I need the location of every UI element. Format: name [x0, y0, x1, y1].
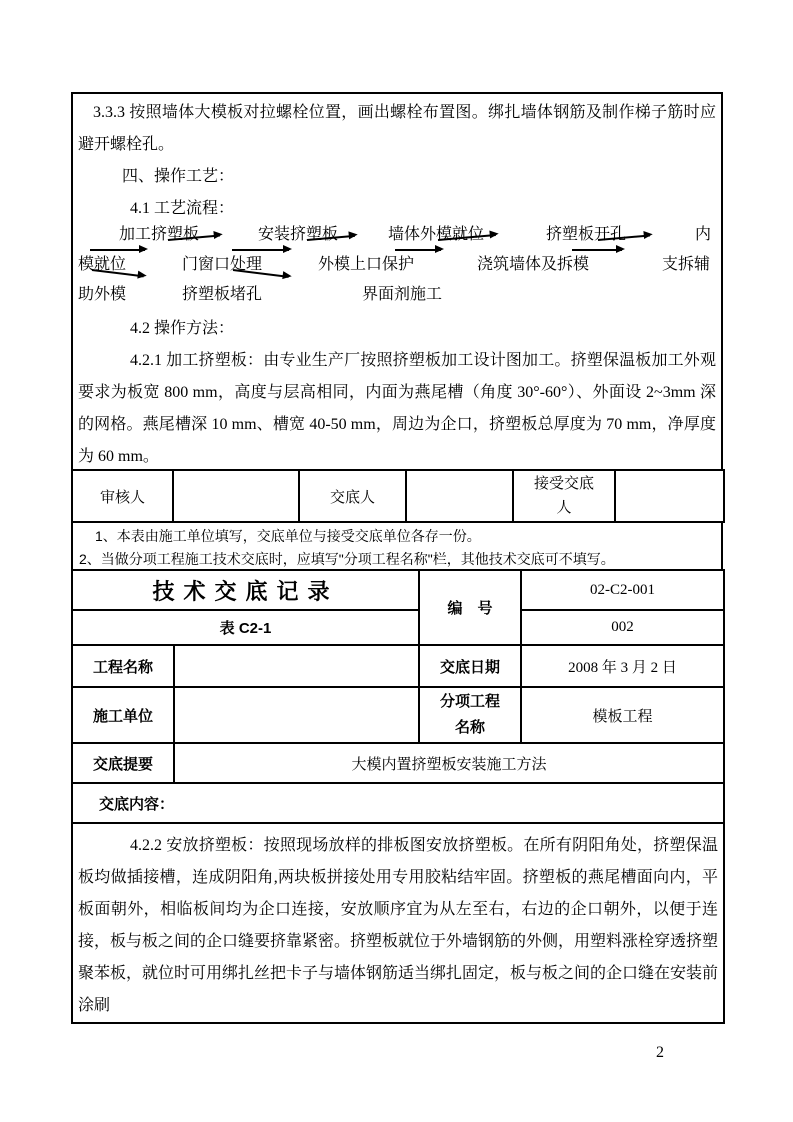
note-1: 1、本表由施工单位填写，交底单位与接受交底单位各存一份。	[79, 525, 717, 548]
disclosure-date-value: 2008 年 3 月 2 日	[521, 645, 724, 687]
note-2: 2、当做分项工程施工技术交底时，应填写"分项工程名称"栏，其他技术交底可不填写。	[79, 548, 717, 571]
page: { "page_number": "2", "section1": { "p_3…	[0, 0, 793, 1122]
sub-project-label: 分项工程名称	[419, 687, 521, 743]
summary-label: 交底提要	[72, 743, 174, 783]
project-name-label: 工程名称	[72, 645, 174, 687]
flow-arrow-icon	[90, 249, 145, 251]
number-label: 编 号	[419, 570, 521, 645]
receiver-label: 接受交底人	[513, 470, 615, 522]
flow-item: 支拆辅	[662, 255, 710, 275]
section-operation-process: 3.3.3 按照墙体大模板对拉螺栓位置，画出螺栓布置图。绑扎墙体钢筋及制作梯子筋…	[71, 92, 723, 471]
content-label: 交底内容：	[72, 783, 724, 823]
flow-item: 挤塑板堵孔	[182, 285, 262, 305]
record-title: 技术交底记录	[72, 570, 419, 610]
summary-value: 大模内置挤塑板安装施工方法	[174, 743, 724, 783]
signature-table: 审核人 交底人 接受交底人	[71, 469, 725, 523]
flow-item: 浇筑墙体及拆模	[477, 255, 589, 275]
heading-operation: 四、操作工艺：	[78, 161, 716, 193]
process-flow-diagram: 加工挤塑板 安装挤塑板 墙体外模就位 挤塑板开孔 内 模就位 门窗口处理 外模上…	[78, 225, 716, 313]
reviewer-signature-cell	[173, 470, 299, 522]
flow-arrow-icon	[232, 249, 289, 251]
project-name-value	[174, 645, 419, 687]
discloser-signature-cell	[406, 470, 513, 522]
number-value-1: 02-C2-001	[521, 570, 724, 610]
number-value-2: 002	[521, 610, 724, 645]
flow-item: 助外模	[78, 285, 126, 305]
heading-4-2: 4.2 操作方法：	[78, 313, 716, 345]
construction-unit-value	[174, 687, 419, 743]
receiver-signature-cell	[615, 470, 724, 522]
record-table: 技术交底记录 编 号 02-C2-001 表 C2-1 002 工程名称 交底日…	[71, 569, 725, 1024]
disclosure-date-label: 交底日期	[419, 645, 521, 687]
signature-row: 审核人 交底人 接受交底人	[72, 470, 724, 522]
sub-project-value: 模板工程	[521, 687, 724, 743]
paragraph-4-2-2: 4.2.2 安放挤塑板：按照现场放样的排板图安放挤塑板。在所有阴阳角处，挤塑保温…	[78, 830, 718, 1022]
construction-unit-label: 施工单位	[72, 687, 174, 743]
flow-arrow-icon	[395, 249, 441, 251]
heading-4-1: 4.1 工艺流程：	[78, 193, 716, 225]
flow-item: 墙体外模就位	[388, 225, 484, 245]
notes-box: 1、本表由施工单位填写，交底单位与接受交底单位各存一份。 2、当做分项工程施工技…	[71, 521, 723, 571]
flow-arrow-icon	[572, 249, 622, 251]
form-code: 表 C2-1	[72, 610, 419, 645]
flow-item: 加工挤塑板	[119, 225, 199, 245]
paragraph-4-2-1: 4.2.1 加工挤塑板：由专业生产厂按照挤塑板加工设计图加工。挤塑保温板加工外观…	[78, 345, 716, 471]
content-cell: 4.2.2 安放挤塑板：按照现场放样的排板图安放挤塑板。在所有阴阳角处，挤塑保温…	[72, 823, 724, 1023]
flow-item: 挤塑板开孔	[546, 225, 626, 245]
paragraph-3-3-3: 3.3.3 按照墙体大模板对拉螺栓位置，画出螺栓布置图。绑扎墙体钢筋及制作梯子筋…	[78, 97, 716, 161]
flow-item: 界面剂施工	[362, 285, 442, 305]
document: 3.3.3 按照墙体大模板对拉螺栓位置，画出螺栓布置图。绑扎墙体钢筋及制作梯子筋…	[71, 92, 723, 1024]
flow-item: 内	[695, 225, 711, 245]
discloser-label: 交底人	[299, 470, 406, 522]
flow-item: 外模上口保护	[318, 255, 414, 275]
page-number: 2	[656, 1044, 664, 1062]
flow-item: 安装挤塑板	[258, 225, 338, 245]
reviewer-label: 审核人	[72, 470, 173, 522]
